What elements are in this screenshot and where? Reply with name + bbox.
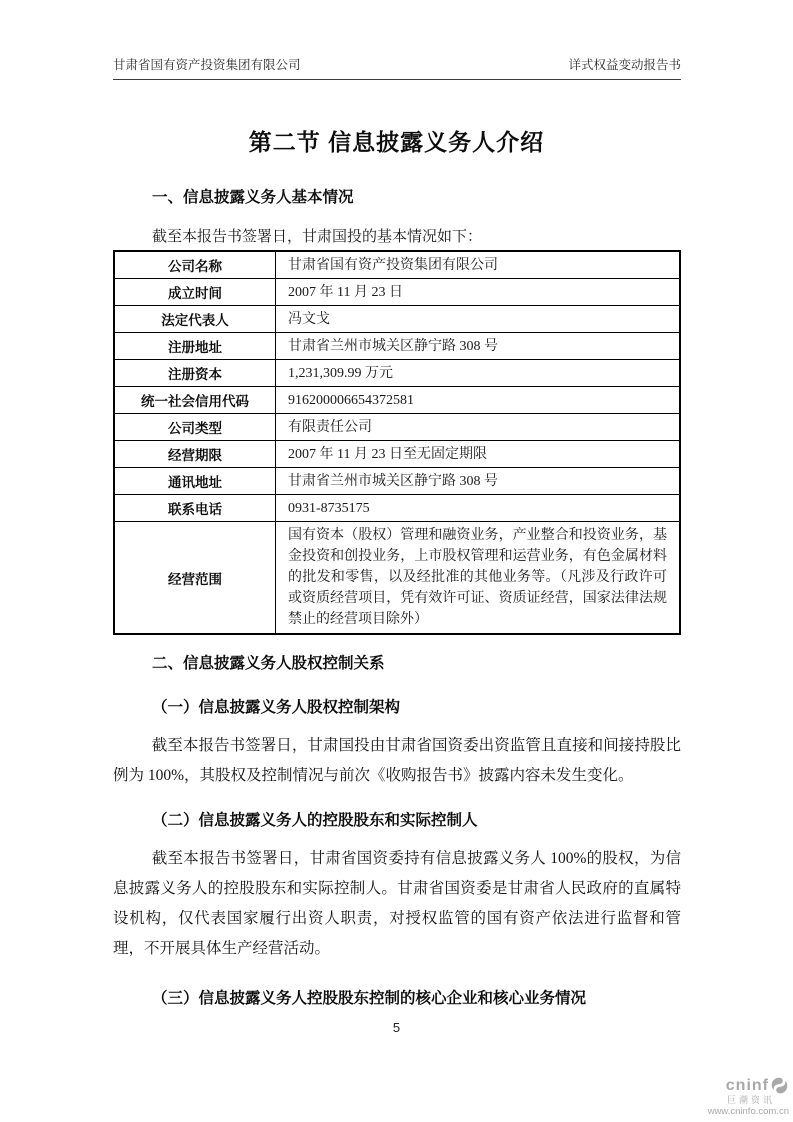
row-value: 有限责任公司 (276, 414, 681, 441)
row-value: 甘肃省兰州市城关区静宁路 308 号 (276, 333, 681, 360)
header-left-title: 甘肃省国有资产投资集团有限公司 (113, 55, 301, 73)
section-1-intro: 截至本报告书签署日，甘肃国投的基本情况如下： (152, 225, 482, 246)
row-label: 经营期限 (114, 441, 276, 468)
table-row: 公司类型 有限责任公司 (114, 414, 680, 441)
subsection-2-1-paragraph: 截至本报告书签署日，甘肃国投由甘肃省国资委出资监管且直接和间接持股比例为 100… (113, 731, 681, 791)
row-label: 统一社会信用代码 (114, 387, 276, 414)
row-value: 甘肃省国有资产投资集团有限公司 (276, 251, 681, 279)
row-label: 经营范围 (114, 522, 276, 635)
table-row: 注册地址 甘肃省兰州市城关区静宁路 308 号 (114, 333, 680, 360)
company-info-table: 公司名称 甘肃省国有资产投资集团有限公司 成立时间 2007 年 11 月 23… (113, 250, 681, 635)
cninfo-logo-row: cninf (701, 1076, 789, 1095)
row-value: 冯文戈 (276, 306, 681, 333)
table-row: 法定代表人 冯文戈 (114, 306, 680, 333)
row-value: 2007 年 11 月 23 日 (276, 279, 681, 306)
header-right-title: 详式权益变动报告书 (568, 55, 681, 73)
table-row: 经营期限 2007 年 11 月 23 日至无固定期限 (114, 441, 680, 468)
row-value: 甘肃省兰州市城关区静宁路 308 号 (276, 468, 681, 495)
row-label: 注册资本 (114, 360, 276, 387)
table-row: 统一社会信用代码 916200006654372581 (114, 387, 680, 414)
cninfo-logo-text: cninf (726, 1077, 769, 1095)
page-number: 5 (0, 1020, 793, 1035)
table-row: 通讯地址 甘肃省兰州市城关区静宁路 308 号 (114, 468, 680, 495)
row-value: 1,231,309.99 万元 (276, 360, 681, 387)
document-page: 甘肃省国有资产投资集团有限公司 详式权益变动报告书 第二节 信息披露义务人介绍 … (0, 0, 793, 1122)
subsection-2-2-heading: （二）信息披露义务人的控股股东和实际控制人 (152, 808, 478, 830)
cninfo-logo: cninf 巨潮资讯 www.cninfo.com.cn (701, 1076, 789, 1117)
cninfo-logo-url: www.cninfo.com.cn (701, 1107, 789, 1117)
subsection-2-3-heading: （三）信息披露义务人控股股东控制的核心企业和核心业务情况 (152, 986, 586, 1008)
page-title: 第二节 信息披露义务人介绍 (0, 124, 793, 157)
row-label: 通讯地址 (114, 468, 276, 495)
row-value: 国有资本（股权）管理和融资业务，产业整合和投资业务，基金投资和创投业务，上市股权… (276, 522, 681, 635)
cninfo-logo-subtitle: 巨潮资讯 (701, 1096, 775, 1106)
subsection-2-2-paragraph: 截至本报告书签署日，甘肃省国资委持有信息披露义务人 100%的股权，为信息披露义… (113, 844, 681, 964)
row-label: 法定代表人 (114, 306, 276, 333)
table-row: 联系电话 0931-8735175 (114, 495, 680, 522)
running-header: 甘肃省国有资产投资集团有限公司 详式权益变动报告书 (113, 55, 681, 80)
row-value: 0931-8735175 (276, 495, 681, 522)
row-label: 注册地址 (114, 333, 276, 360)
section-1-heading: 一、信息披露义务人基本情况 (152, 185, 354, 207)
table-row: 公司名称 甘肃省国有资产投资集团有限公司 (114, 251, 680, 279)
section-2-heading: 二、信息披露义务人股权控制关系 (152, 651, 385, 673)
cninfo-swirl-icon (770, 1076, 789, 1095)
row-value: 916200006654372581 (276, 387, 681, 414)
row-label: 联系电话 (114, 495, 276, 522)
row-label: 公司类型 (114, 414, 276, 441)
table-row: 注册资本 1,231,309.99 万元 (114, 360, 680, 387)
row-label: 公司名称 (114, 251, 276, 279)
table-row: 经营范围 国有资本（股权）管理和融资业务，产业整合和投资业务，基金投资和创投业务… (114, 522, 680, 635)
row-label: 成立时间 (114, 279, 276, 306)
table-row: 成立时间 2007 年 11 月 23 日 (114, 279, 680, 306)
row-value: 2007 年 11 月 23 日至无固定期限 (276, 441, 681, 468)
subsection-2-1-heading: （一）信息披露义务人股权控制架构 (152, 695, 400, 717)
